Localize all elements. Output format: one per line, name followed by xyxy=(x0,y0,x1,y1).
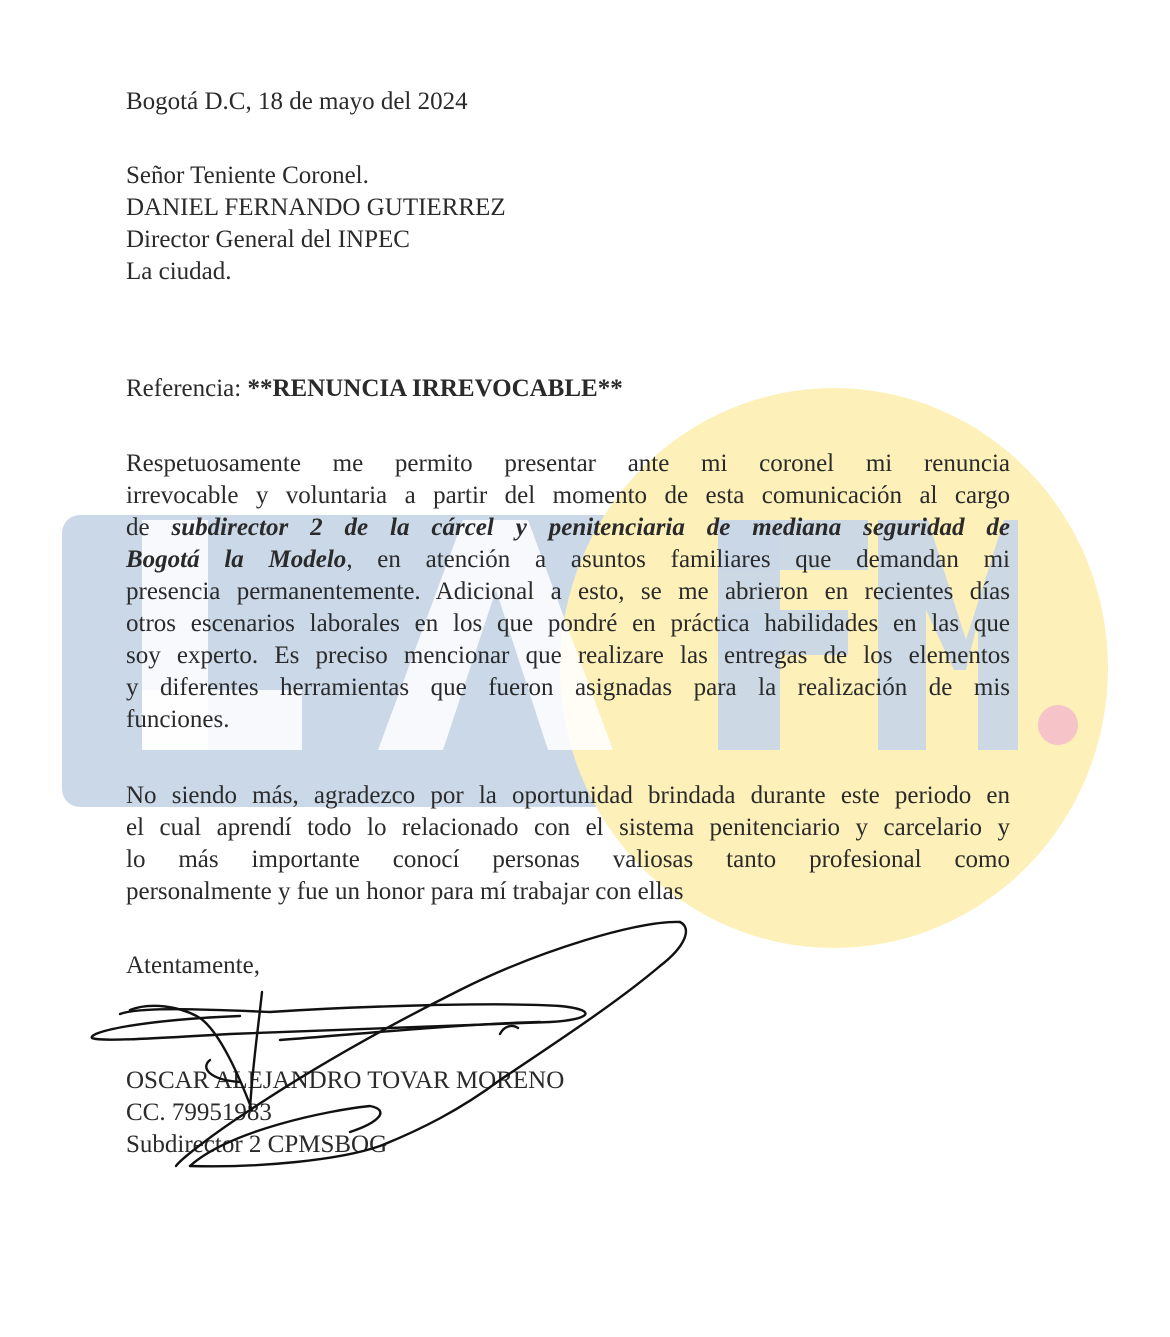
recipient-salutation: Señor Teniente Coronel. xyxy=(126,160,1010,192)
recipient-city: La ciudad. xyxy=(126,256,1010,288)
reference-label: Referencia: xyxy=(126,375,241,402)
recipient-block: Señor Teniente Coronel. DANIEL FERNANDO … xyxy=(126,160,1010,288)
watermark-dot xyxy=(1038,705,1078,745)
institution-emphasis: Bogotá la Modelo xyxy=(126,546,346,573)
position-emphasis: subdirector 2 de la cárcel y penitenciar… xyxy=(172,514,1010,541)
letter-date: Bogotá D.C, 18 de mayo del 2024 xyxy=(126,86,1010,118)
body-paragraph-1: Respetuosamente me permito presentar ant… xyxy=(126,448,1010,736)
recipient-title: Director General del INPEC xyxy=(126,224,1010,256)
body-paragraph-2: No siendo más, agradezco por la oportuni… xyxy=(126,780,1010,908)
reference-value: **RENUNCIA IRREVOCABLE** xyxy=(247,375,622,402)
reference-line: Referencia: **RENUNCIA IRREVOCABLE** xyxy=(126,373,1010,405)
handwritten-signature xyxy=(80,910,720,1170)
recipient-name: DANIEL FERNANDO GUTIERREZ xyxy=(126,192,1010,224)
